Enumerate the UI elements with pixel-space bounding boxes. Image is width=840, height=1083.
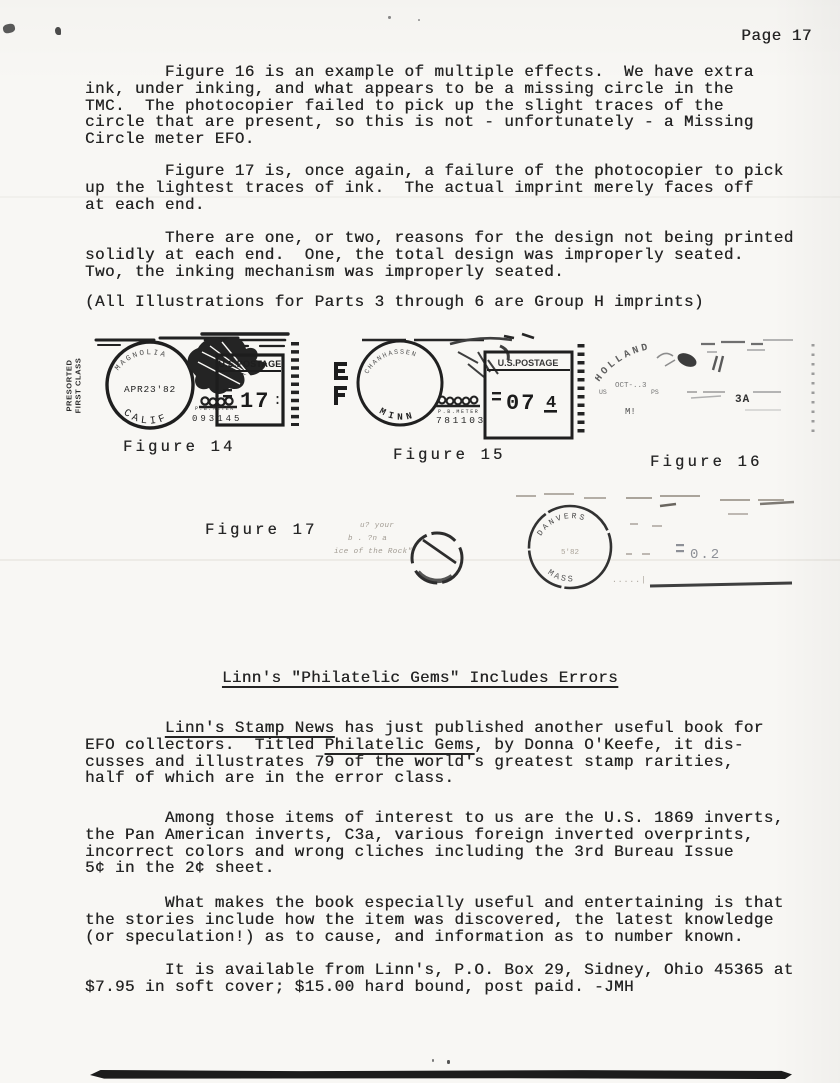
edge-ink-marks (334, 362, 348, 405)
ink-smudge (675, 350, 698, 369)
figure-14-caption: Figure 14 (123, 438, 236, 456)
meter-number: 781103 (436, 415, 486, 426)
scan-speck (418, 19, 420, 21)
meter-number: 093145 (192, 414, 242, 424)
postmark-circle: DANVERS 5'82 MASS (529, 506, 611, 588)
paragraph-illustrations-note: (All Illustrations for Parts 3 through 6… (85, 294, 704, 311)
postmark-state: M! (625, 407, 636, 417)
faint-marks: 3A (735, 394, 750, 406)
postmark-date: OCT-..3 (615, 382, 647, 390)
faint-marks: .....| (612, 576, 647, 585)
figure-16-caption: Figure 16 (650, 453, 763, 471)
postage-value-main: 07 (506, 391, 536, 416)
figure-14-meter-stamp: PRESORTED FIRST CLASS MAGNOLIA APR23'82 … (52, 330, 304, 440)
postmark-state: CALIF (121, 407, 170, 428)
figure-14-stamp-art: MAGNOLIA APR23'82 CALIF U.S.POSTAGE 17 (52, 330, 304, 440)
bottom-scan-bar (90, 1070, 792, 1079)
figure-16-meter-stamp-faint: HOLLAND US OCT-..3 PS M! 3A (595, 330, 835, 450)
postage-value-faint: 0.2 (676, 544, 721, 563)
section-heading: Linn's "Philatelic Gems" Includes Errors (0, 669, 840, 687)
postmark-ps: PS (651, 389, 659, 396)
review-line-3: cusses and illustrates 79 of the world's… (85, 754, 734, 771)
scanned-newsletter-page: Page 17 Figure 16 is an example of multi… (0, 0, 840, 1083)
postmark-date: 5'82 (561, 549, 579, 557)
svg-text:CALIF: CALIF (121, 407, 170, 428)
figure-15-meter-stamp: CHANHASSEN MINN U.S.POSTAGE 07 4 (332, 330, 594, 448)
review-line-2: EFO collectors. Titled Philatelic Gems, … (85, 737, 744, 754)
paragraph-items-of-interest: Among those items of interest to us are … (85, 810, 784, 877)
paragraph-book-usefulness: What makes the book especially useful an… (85, 895, 784, 945)
paragraph-design-reasons: There are one, or two, reasons for the d… (85, 230, 794, 280)
figure-15-stamp-art: CHANHASSEN MINN U.S.POSTAGE 07 4 (332, 330, 594, 448)
figure-17-caption: Figure 17 (205, 521, 318, 539)
paragraph-availability: It is available from Linn's, P.O. Box 29… (85, 962, 794, 996)
postmark-town: HOLLAND (595, 342, 652, 384)
postage-label: U.S.POSTAGE (218, 359, 281, 369)
paragraph-figure16-discussion: Figure 16 is an example of multiple effe… (85, 64, 754, 148)
postmark-date: APR23'82 (124, 384, 176, 395)
review-line-1: Linn's Stamp News has just published ano… (85, 720, 764, 737)
postmark-us: US (599, 389, 607, 396)
figure-17-meter-stamp-faint: u? your b . ?n a ice of the Rock" DANVER… (330, 480, 810, 602)
faint-frame (745, 340, 813, 434)
figure-16-stamp-art: HOLLAND US OCT-..3 PS M! 3A (595, 330, 835, 450)
scan-speck (432, 1059, 434, 1062)
svg-text:HOLLAND: HOLLAND (595, 342, 652, 384)
scan-speck (55, 27, 61, 35)
presorted-first-class-label: PRESORTED FIRST CLASS (66, 338, 83, 434)
faint-traces (657, 342, 765, 398)
postage-label: U.S.POSTAGE (498, 358, 559, 368)
bottom-rule-of-stamp (650, 583, 792, 586)
page-number: Page 17 (741, 27, 812, 45)
meter-label: P.B.METER (195, 406, 235, 412)
review-line-4: half of which are in the error class. (85, 770, 454, 787)
svg-text:0.2: 0.2 (690, 547, 721, 563)
figure-15-caption: Figure 15 (393, 446, 506, 464)
meter-slogan-text: u? your b . ?n a ice of the Rock" (334, 520, 430, 559)
scan-speck (388, 16, 391, 19)
postage-value-punct: : (273, 392, 282, 409)
postage-value: 17 (240, 389, 270, 414)
scan-speck (447, 1060, 450, 1064)
paragraph-figure17-discussion: Figure 17 is, once again, a failure of t… (85, 163, 784, 213)
scan-speck (2, 23, 16, 34)
